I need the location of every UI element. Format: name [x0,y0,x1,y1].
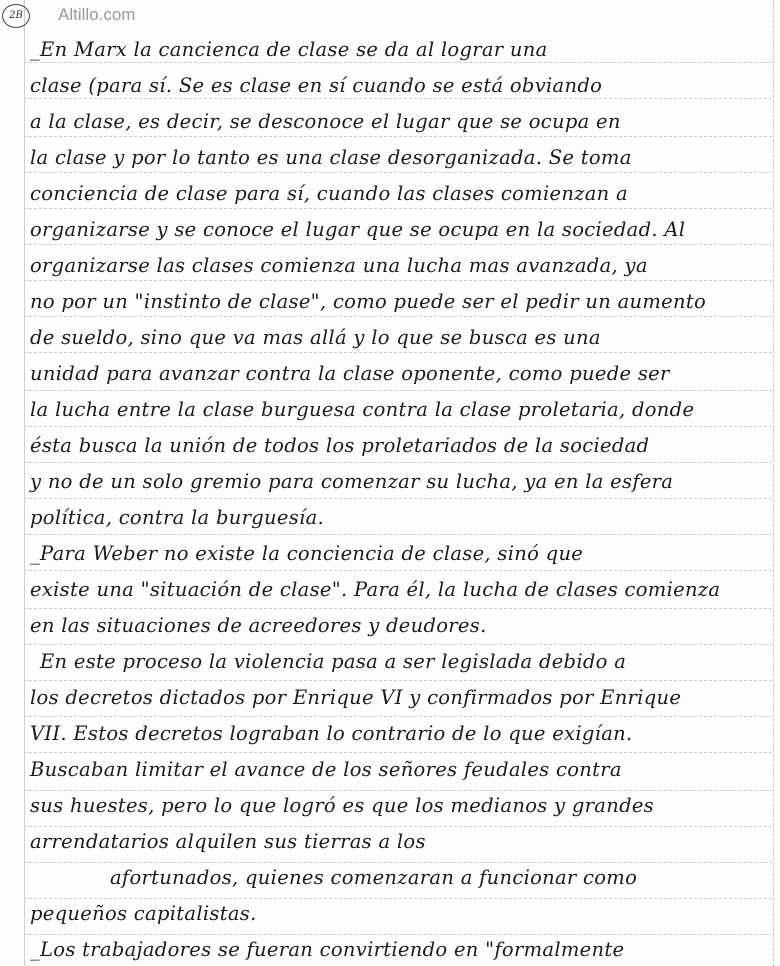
text-line: ésta busca la unión de todos los proleta… [30,434,768,457]
text-line: sus huestes, pero lo que logró es que lo… [30,794,768,817]
ruled-line [24,790,772,791]
text-line: política, contra la burguesía. [30,506,768,529]
text-line: a la clase, es decir, se desconoce el lu… [30,110,768,133]
text-line: VII. Estos decretos lograban lo contrari… [30,722,768,745]
text-line: clase (para sí. Se es clase en sí cuando… [30,74,768,97]
ruled-line [24,390,772,391]
text-line: de sueldo, sino que va mas allá y lo que… [30,326,768,349]
text-line: conciencia de clase para sí, cuando las … [30,182,768,205]
ruled-line [24,462,772,463]
page-edge [772,0,774,966]
margin-line [24,0,25,966]
ruled-line [24,934,772,935]
text-line: En este proceso la violencia pasa a ser … [40,650,768,673]
ruled-line [24,316,772,317]
ruled-line [24,608,772,609]
text-line: afortunados, quienes comenzaran a funcio… [110,866,768,889]
ruled-line [24,244,772,245]
ruled-line [24,862,772,863]
ruled-line [24,136,772,137]
text-line: arrendatarios alquilen sus tierras a los [30,830,768,853]
text-line: y no de un solo gremio para comenzar su … [30,470,768,493]
ruled-line [24,172,772,173]
page-number: 2B [2,4,30,28]
watermark: Altillo.com [58,5,135,25]
ruled-line [24,644,772,645]
text-line: los decretos dictados por Enrique VI y c… [30,686,768,709]
text-line: organizarse y se conoce el lugar que se … [30,218,768,241]
text-line: unidad para avanzar contra la clase opon… [30,362,768,385]
text-line: Buscaban limitar el avance de los señore… [30,758,768,781]
ruled-line [24,826,772,827]
ruled-line [24,898,772,899]
text-line: _Para Weber no existe la conciencia de c… [30,542,768,565]
ruled-line [24,716,772,717]
text-line: la lucha entre la clase burguesa contra … [30,398,768,421]
text-line: existe una "situación de clase". Para él… [30,578,768,601]
ruled-line [24,352,772,353]
ruled-line [24,208,772,209]
ruled-line [24,534,772,535]
ruled-line [24,752,772,753]
text-line: la clase y por lo tanto es una clase des… [30,146,768,169]
ruled-line [24,426,772,427]
text-line: no por un "instinto de clase", como pued… [30,290,768,313]
text-line: pequeños capitalistas. [30,902,768,925]
text-line: organizarse las clases comienza una luch… [30,254,768,277]
handwritten-page: 2B Altillo.com _En Marx la cancienca de … [0,0,780,966]
ruled-line [24,98,772,99]
ruled-line [24,570,772,571]
ruled-line [24,498,772,499]
text-line: _Los trabajadores se fueran convirtiendo… [30,938,768,961]
text-line: en las situaciones de acreedores y deudo… [30,614,768,637]
ruled-line [24,280,772,281]
ruled-line [24,680,772,681]
text-line: _En Marx la cancienca de clase se da al … [30,38,768,61]
ruled-line [24,62,772,63]
